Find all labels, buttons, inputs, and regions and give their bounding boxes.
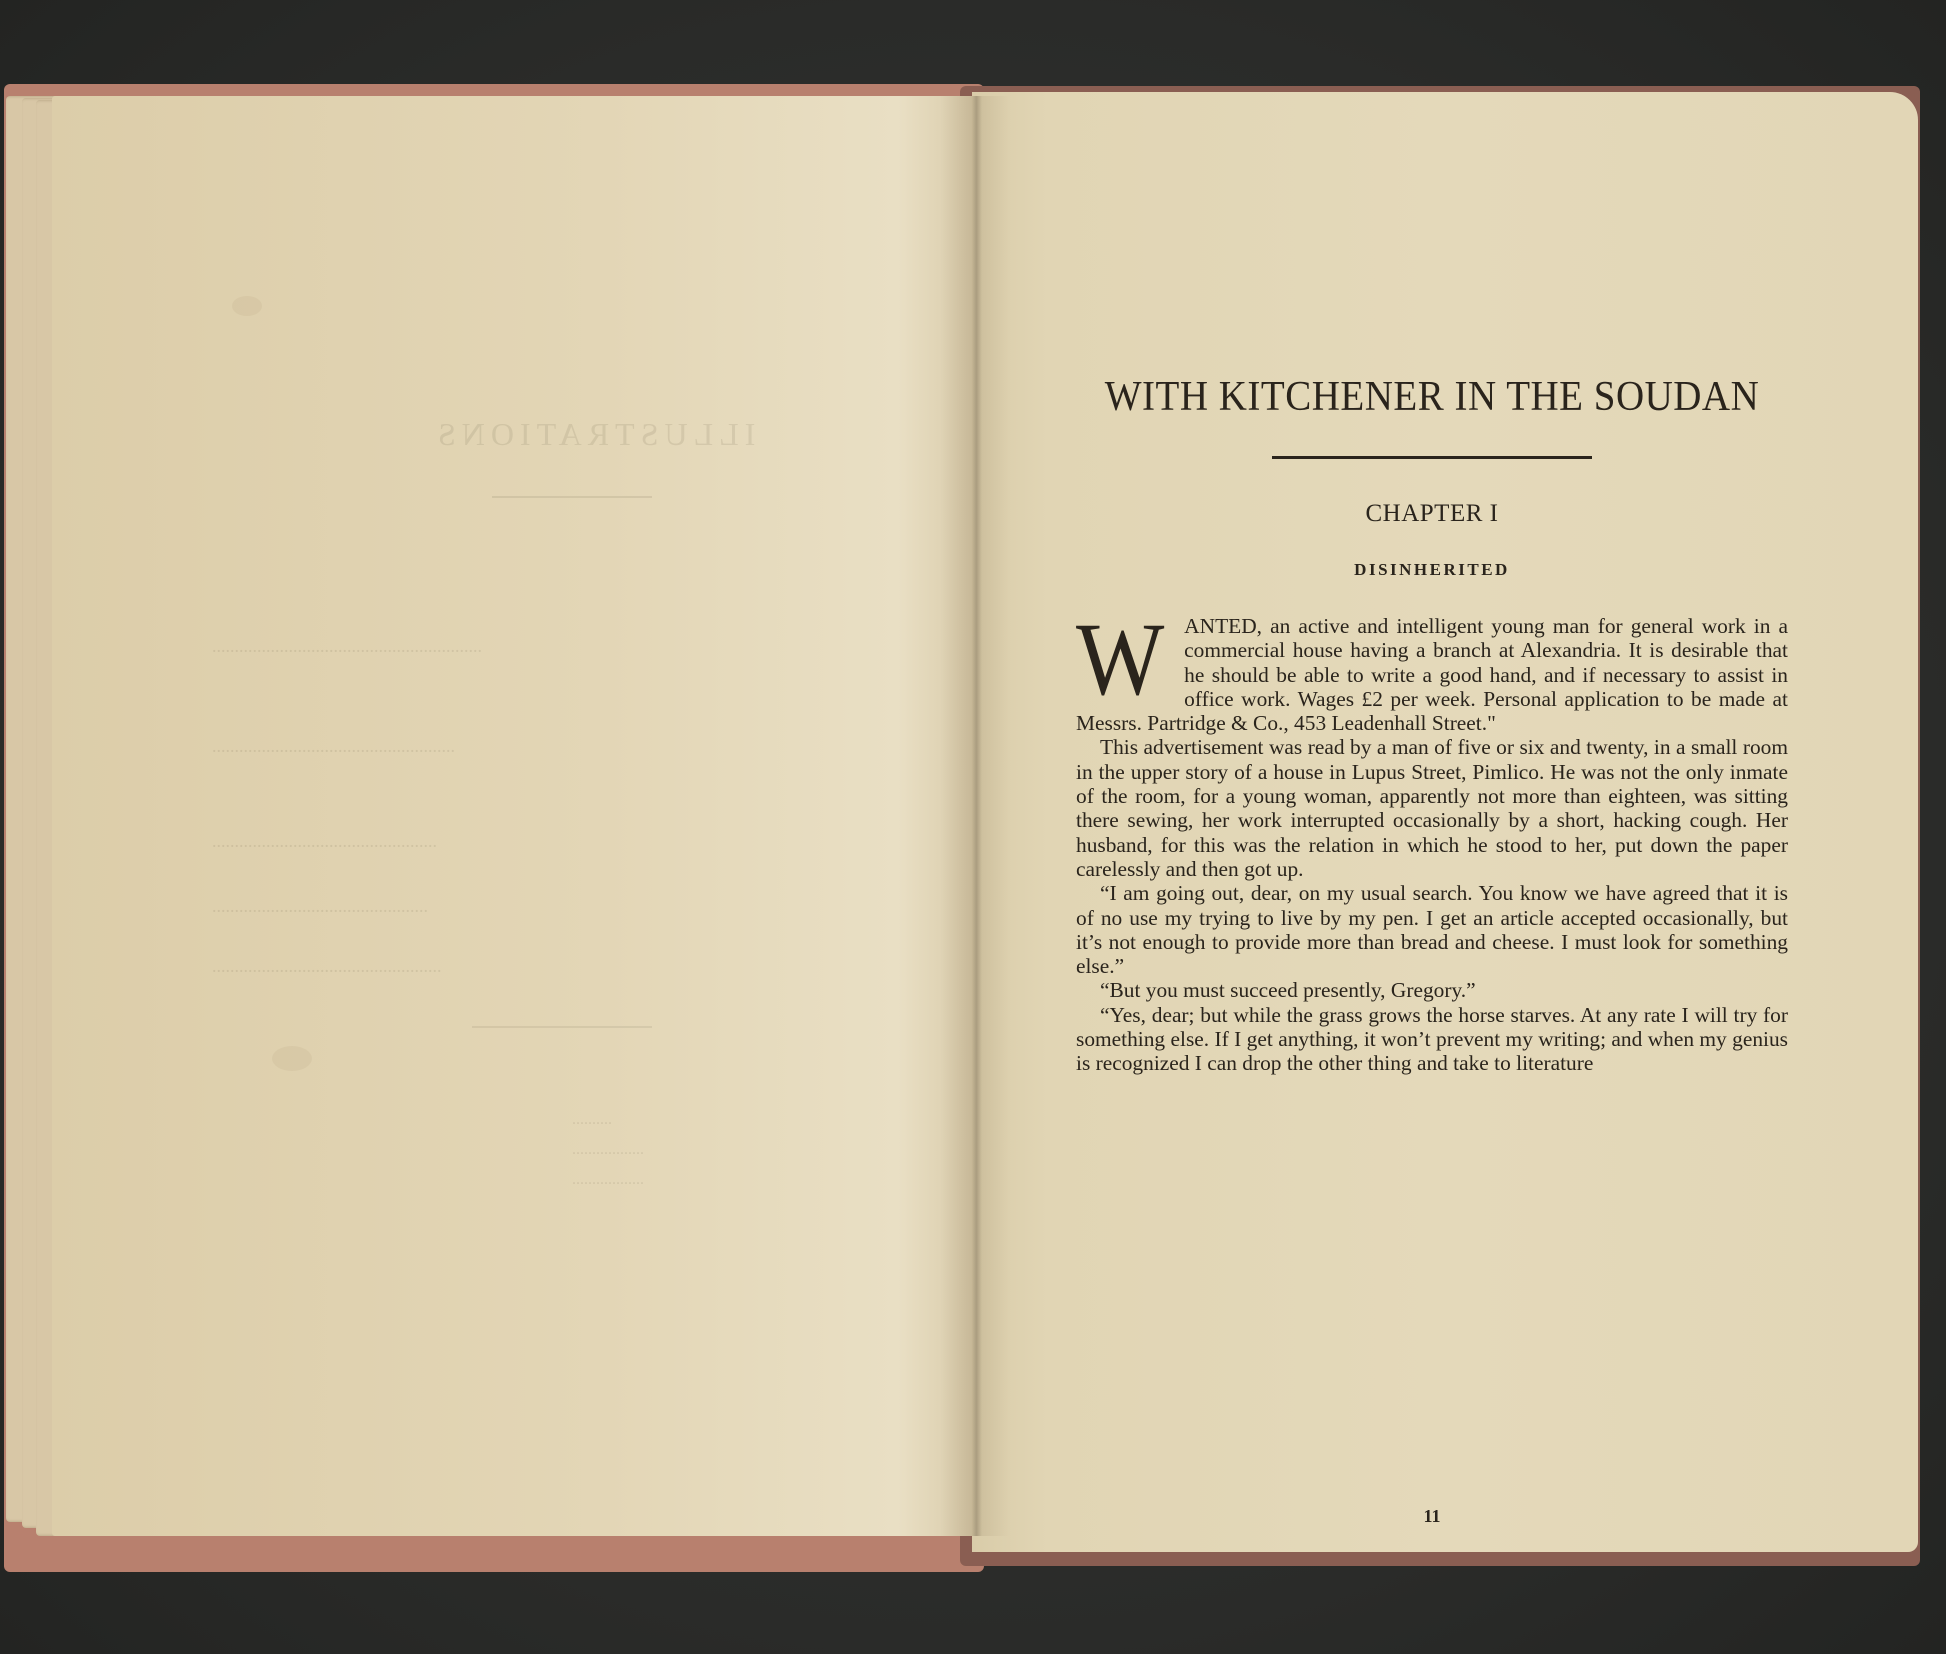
show-through-line: ........................................… [212,636,482,657]
paragraph-text: ANTED, an active and intelligent young m… [1076,614,1788,735]
book-title: WITH KITCHENER IN THE SOUDAN [1076,372,1788,421]
show-through-rule [492,496,652,498]
right-page[interactable]: WITH KITCHENER IN THE SOUDAN CHAPTER I D… [972,92,1918,1552]
show-through-line: ........................................… [212,896,428,917]
drop-cap: W [1076,618,1164,702]
show-through-line: ........................................… [212,736,455,757]
paragraph: “But you must succeed presently, Gregory… [1076,978,1788,1002]
page-number: 11 [1076,1506,1788,1527]
show-through-line: .................. [572,1141,644,1159]
show-through-line: .................. [572,1171,644,1189]
paragraph: “I am going out, dear, on my usual searc… [1076,881,1788,978]
chapter-title: DISINHERITED [1076,560,1788,580]
title-rule [1272,456,1592,459]
show-through-rule [472,1026,652,1028]
chapter-heading: CHAPTER I [1076,500,1788,528]
paper-spot [232,296,262,316]
show-through-line: ........................................… [212,831,437,852]
show-through-heading: ILLUSTRATIONS [432,416,755,453]
paper-spot [272,1046,312,1071]
left-page[interactable]: ILLUSTRATIONS ..........................… [52,96,972,1536]
paragraph: “Yes, dear; but while the grass grows th… [1076,1003,1788,1076]
show-through-line: .......... [572,1111,612,1129]
show-through-line: ........................................… [212,956,442,977]
paragraph: This advertisement was read by a man of … [1076,735,1788,881]
paragraph: WANTED, an active and intelligent young … [1076,614,1788,735]
chapter-body: WANTED, an active and intelligent young … [1076,614,1788,1076]
